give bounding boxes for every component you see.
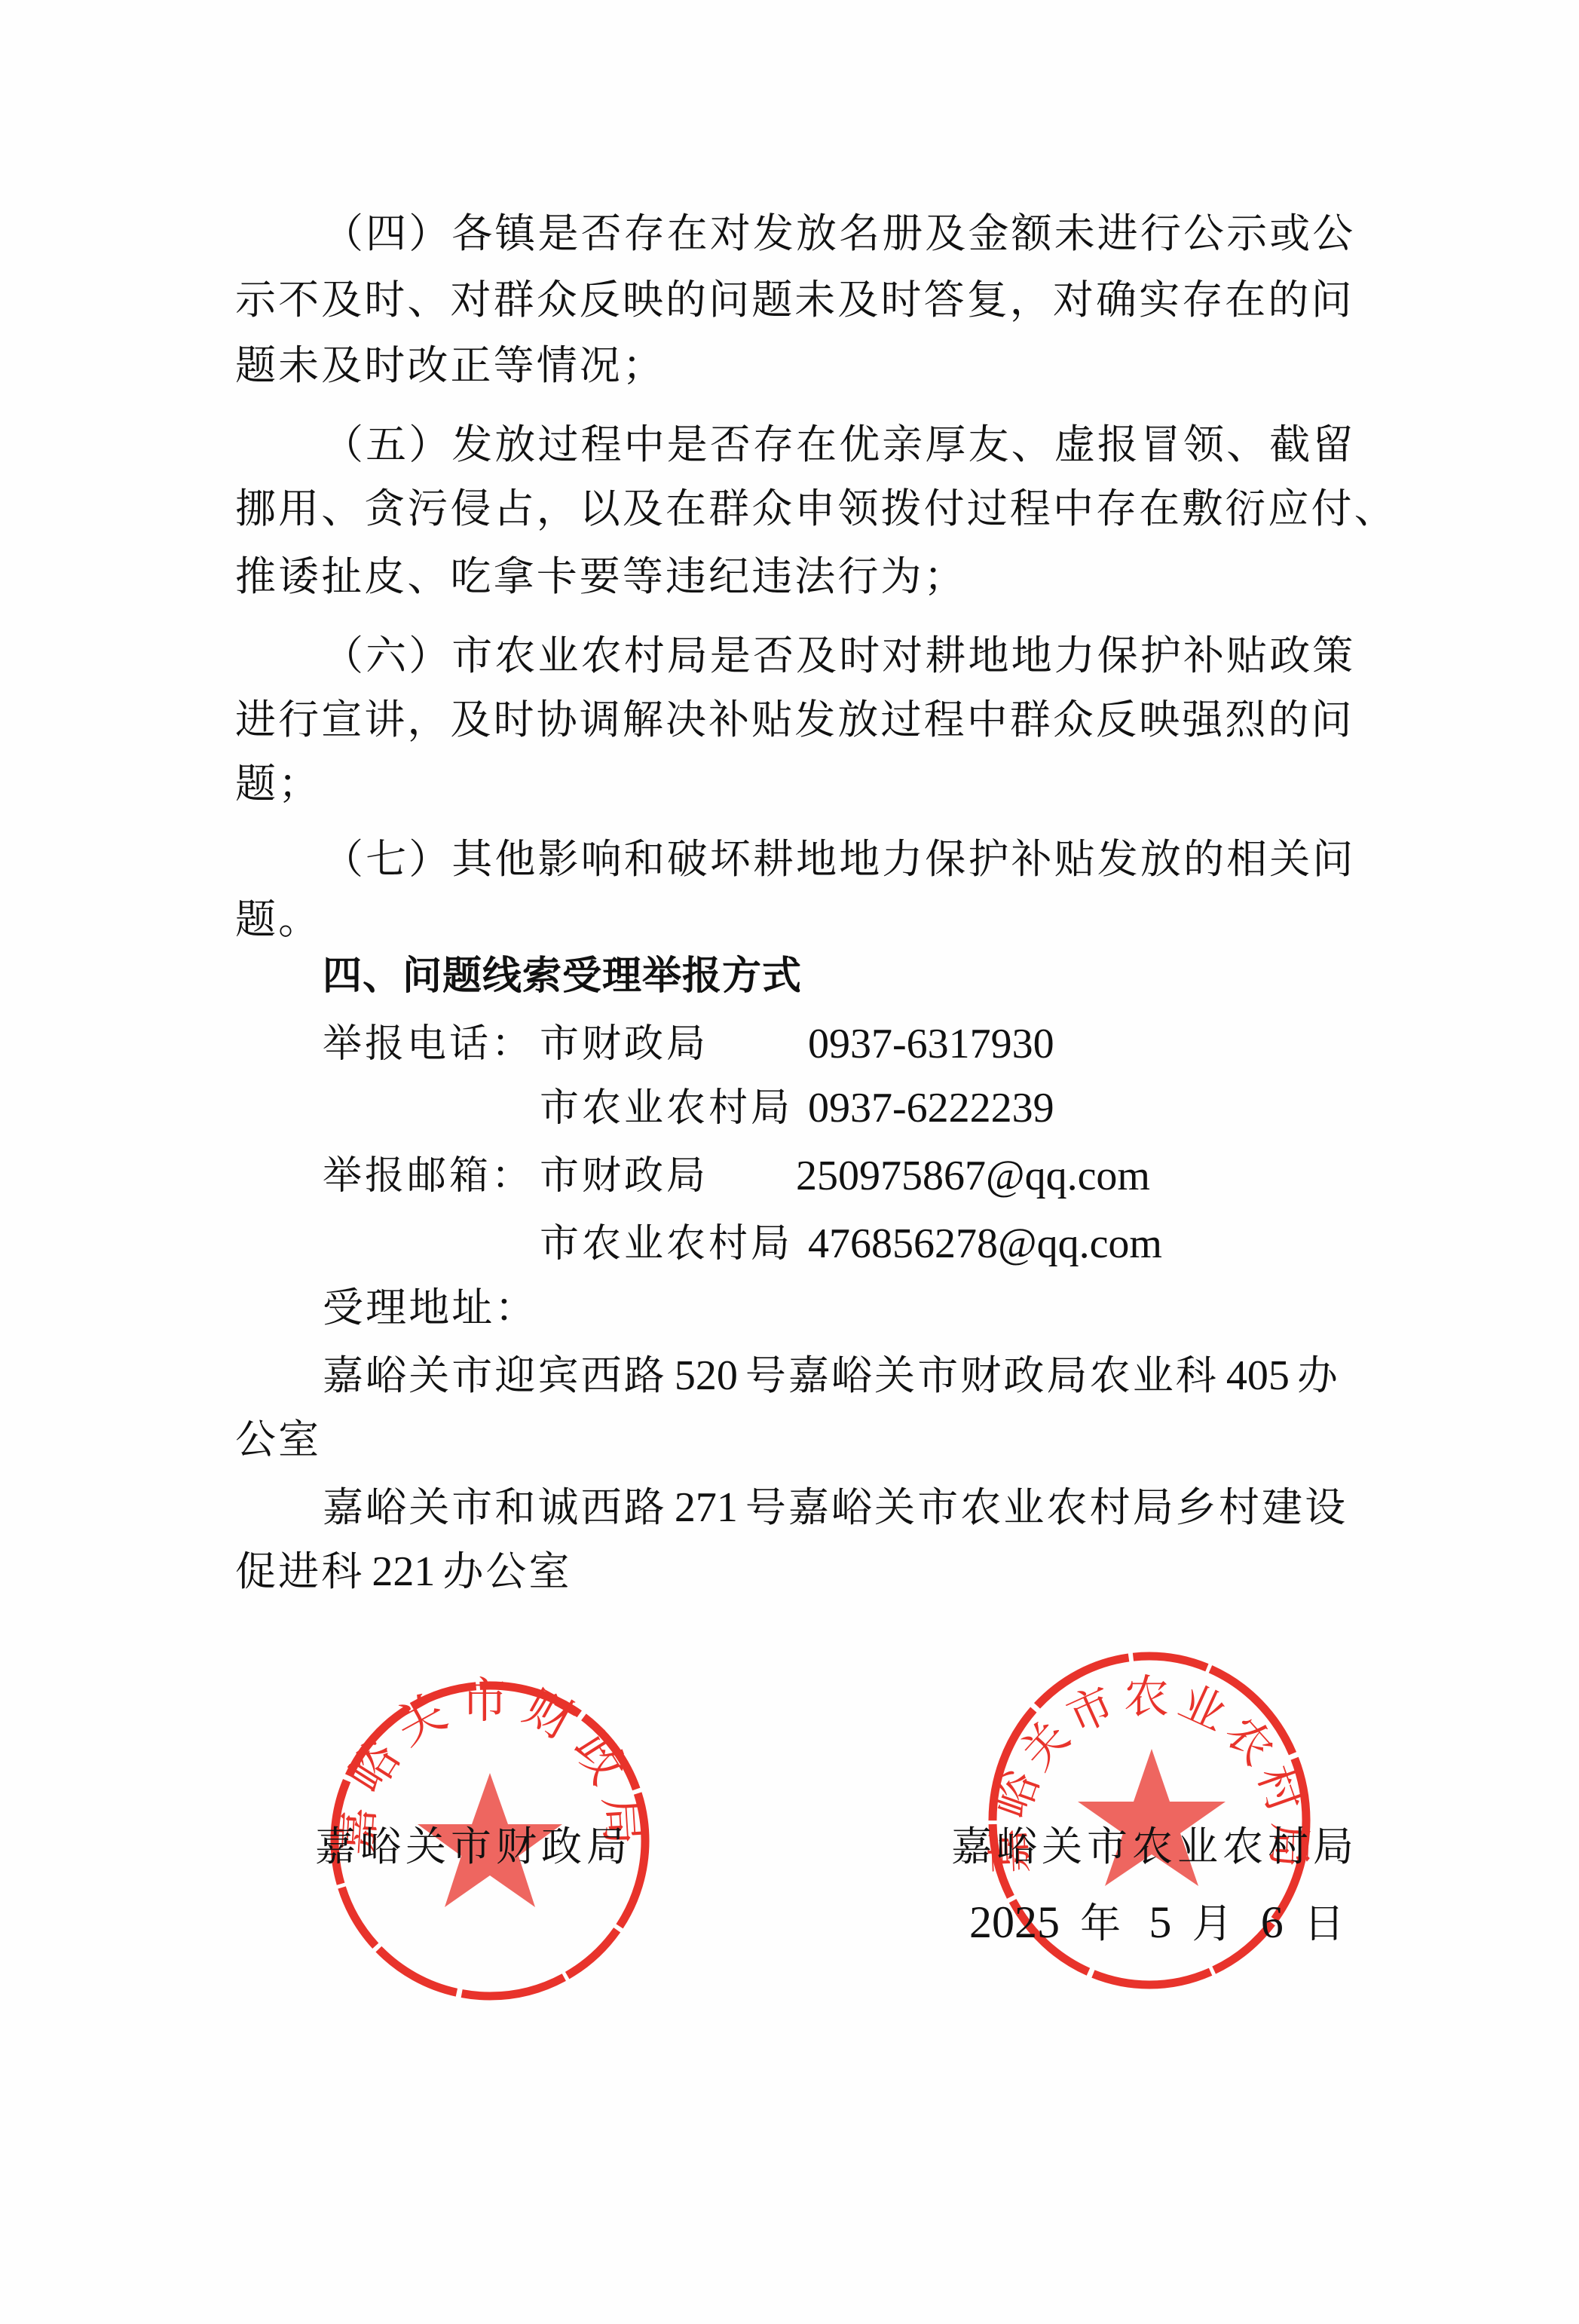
- email-org: 市财政局: [540, 1152, 708, 1200]
- address-text: 办公室: [442, 1548, 571, 1595]
- item-6-line-3: 题；: [235, 760, 321, 808]
- email-row-1: 举报邮箱： 市财政局 250975867@qq.com: [0, 1152, 1579, 1200]
- date-month-unit: 月: [1192, 1900, 1241, 1947]
- address-text: 促进科: [235, 1548, 364, 1595]
- document-date: 2025 年 5 月 6 日: [969, 1898, 1352, 1948]
- address-2-line-2: 促进科221办公室: [235, 1548, 572, 1596]
- address-number: 271: [675, 1484, 738, 1531]
- phone-row-2: 市农业农村局 0937-6222239: [0, 1084, 1579, 1132]
- item-5-line-2: 挪用、贪污侵占，以及在群众申领拨付过程中存在敷衍应付、: [235, 485, 1397, 533]
- email-address: 250975867@qq.com: [796, 1152, 1150, 1200]
- section-heading: 四、问题线索受理举报方式: [323, 952, 802, 1000]
- signature-finance-bureau: 嘉峪关市财政局: [315, 1823, 632, 1871]
- phone-org: 市财政局: [540, 1020, 708, 1068]
- item-5-line-3: 推诿扯皮、吃拿卡要等违纪违法行为；: [235, 553, 967, 601]
- address-text: 嘉峪关市和诚西路: [323, 1484, 667, 1531]
- email-org: 市农业农村局: [540, 1220, 793, 1268]
- address-text: 号嘉峪关市财政局农业科: [745, 1352, 1219, 1399]
- phone-number: 0937-6222239: [808, 1084, 1054, 1132]
- item-6-line-2: 进行宣讲，及时协调解决补贴发放过程中群众反映强烈的问: [235, 696, 1354, 744]
- date-year: 2025: [969, 1897, 1060, 1947]
- email-label: 举报邮箱：: [323, 1152, 534, 1200]
- item-4-line-2: 示不及时、对群众反映的问题未及时答复，对确实存在的问: [235, 276, 1354, 324]
- room-number: 221: [372, 1548, 435, 1595]
- address-label: 受理地址：: [323, 1284, 538, 1332]
- date-day-unit: 日: [1304, 1900, 1352, 1947]
- phone-row-1: 举报电话： 市财政局 0937-6317930: [0, 1020, 1579, 1068]
- email-address: 476856278@qq.com: [808, 1220, 1162, 1268]
- item-4-line-1: （四）各镇是否存在对发放名册及金额未进行公示或公: [323, 210, 1355, 258]
- address-2-line-1: 嘉峪关市和诚西路271号嘉峪关市农业农村局乡村建设: [323, 1484, 1348, 1532]
- item-7-line-2: 题。: [235, 896, 321, 944]
- item-5-line-1: （五）发放过程中是否存在优亲厚友、虚报冒领、截留: [323, 421, 1355, 469]
- address-number: 520: [675, 1352, 738, 1399]
- phone-org: 市农业农村局: [540, 1084, 793, 1132]
- phone-number: 0937-6317930: [808, 1020, 1054, 1068]
- signature-agriculture-bureau: 嘉峪关市农业农村局: [951, 1823, 1358, 1871]
- address-text: 办: [1297, 1352, 1340, 1399]
- address-1-line-2: 公室: [235, 1416, 321, 1464]
- item-4-line-3: 题未及时改正等情况；: [235, 341, 666, 390]
- address-text: 嘉峪关市迎宾西路: [323, 1352, 667, 1399]
- document-page: （四）各镇是否存在对发放名册及金额未进行公示或公 示不及时、对群众反映的问题未及…: [0, 0, 1579, 2324]
- date-day: 6: [1261, 1897, 1284, 1947]
- date-year-unit: 年: [1080, 1900, 1128, 1947]
- item-6-line-1: （六）市农业农村局是否及时对耕地地力保护补贴政策: [323, 632, 1355, 680]
- date-month: 5: [1149, 1897, 1171, 1947]
- phone-label: 举报电话：: [323, 1020, 534, 1068]
- email-row-2: 市农业农村局 476856278@qq.com: [0, 1220, 1579, 1268]
- room-number: 405: [1226, 1352, 1290, 1399]
- address-text: 号嘉峪关市农业农村局乡村建设: [745, 1484, 1348, 1531]
- address-1-line-1: 嘉峪关市迎宾西路520号嘉峪关市财政局农业科405办: [323, 1352, 1340, 1400]
- item-7-line-1: （七）其他影响和破坏耕地地力保护补贴发放的相关问: [323, 835, 1355, 883]
